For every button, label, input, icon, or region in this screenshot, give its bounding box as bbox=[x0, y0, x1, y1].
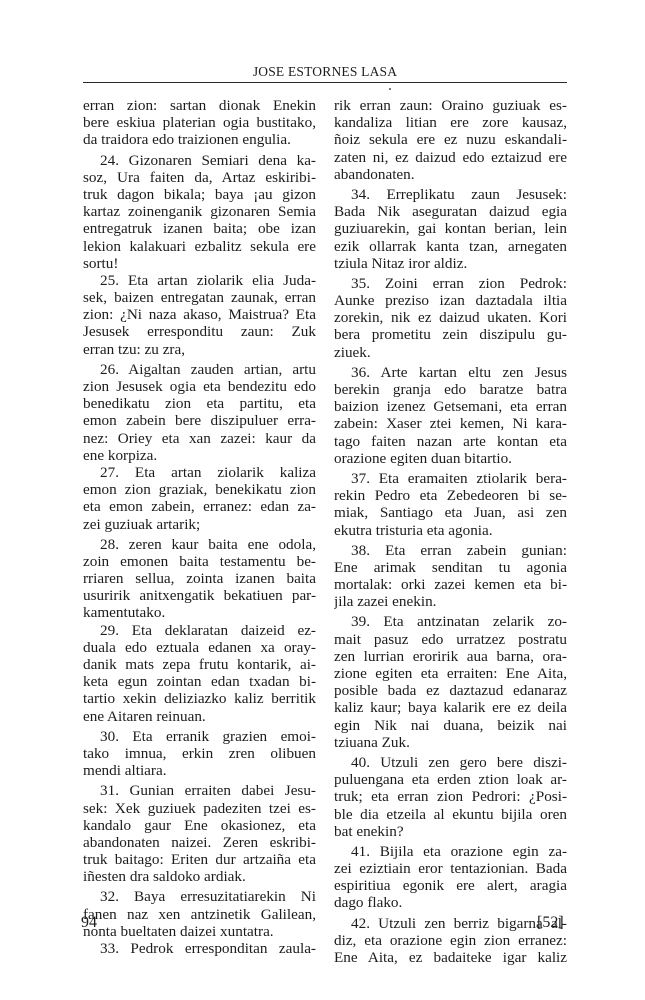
text-line: mendi altiara. bbox=[83, 762, 316, 779]
text-line: zion Jesusek ogia eta bendezitu edo bbox=[83, 378, 316, 395]
text-line: kaliz kaur; baya kalarik ere ez deila bbox=[334, 699, 567, 716]
text-line: soz, Ura faiten da, Artaz eskiribi- bbox=[83, 169, 316, 186]
book-page: JOSE ESTORNES LASA erran zion: sartan di… bbox=[0, 0, 645, 1000]
text-line: truk baitago: Eriten dur artzaiña eta bbox=[83, 851, 316, 868]
text-line: sek, baizen entregatan zaunak, erran bbox=[83, 289, 316, 306]
text-line: ene Aitaren reinuan. bbox=[83, 708, 316, 725]
text-line: 24. Gizonaren Semiari dena ka- bbox=[83, 152, 316, 169]
text-line: 26. Aigaltan zauden artian, artu bbox=[83, 361, 316, 378]
text-line: zen lurrian eroririk aua barna, ora- bbox=[334, 648, 567, 665]
text-line: abandonaten. bbox=[334, 166, 567, 183]
text-line: baizion izenez Getsemani, eta erran bbox=[334, 398, 567, 415]
text-line: egin Nik nai duana, beizik nai bbox=[334, 717, 567, 734]
text-line: zaten ni, ez daizud edo eztaizud ere bbox=[334, 149, 567, 166]
text-line: 25. Eta artan ziolarik elia Juda- bbox=[83, 272, 316, 289]
text-line: ezik ollarrak kanta tzan, arnegaten bbox=[334, 238, 567, 255]
text-line: 39. Eta antzinatan zelarik zo- bbox=[334, 613, 567, 630]
text-line: kartaz zoinenganik gizonaren Semia bbox=[83, 203, 316, 220]
page-number: 94 bbox=[81, 914, 97, 932]
text-line: Bada Nik aseguratan daizud egia bbox=[334, 203, 567, 220]
text-line: keta egun zointan edan txadan bi- bbox=[83, 673, 316, 690]
text-line: sortu! bbox=[83, 255, 316, 272]
text-line: miak, Santiago eta Juan, asi zen bbox=[334, 504, 567, 521]
text-line: 33. Pedrok erresponditan zaula- bbox=[83, 940, 316, 957]
text-line: ble dia etzeila al ekuntu bijila oren bbox=[334, 806, 567, 823]
text-line: fanen naz xen antzinetik Galilean, bbox=[83, 906, 316, 923]
text-line: rik erran zaun: Oraino guziuak es- bbox=[334, 97, 567, 114]
text-line: tziula Nitaz iror aldiz. bbox=[334, 255, 567, 272]
running-head-title: JOSE ESTORNES LASA bbox=[83, 64, 567, 80]
text-line: zei guziuak artarik; bbox=[83, 516, 316, 533]
text-line: tako imnua, erkin zren olibuen bbox=[83, 745, 316, 762]
text-line: tartio xekin deliziazko kaliz berritik bbox=[83, 690, 316, 707]
text-line: 37. Eta eramaiten ztiolarik bera- bbox=[334, 470, 567, 487]
text-line: iñesten dra saldoko ardiak. bbox=[83, 868, 316, 885]
text-line: eta emon zabein, erranez: edan za- bbox=[83, 498, 316, 515]
text-line: bere eskiua platerian ogia bustitako, bbox=[83, 114, 316, 131]
text-line: zei eziztiain eror tentazionian. Bada bbox=[334, 860, 567, 877]
text-line: kandaliza litian ere zore kausaz, bbox=[334, 114, 567, 131]
text-line: 28. zeren kaur baita ene odola, bbox=[83, 536, 316, 553]
text-line: kamentutako. bbox=[83, 604, 316, 621]
text-line: emon zabein bere diszipuluer erra- bbox=[83, 412, 316, 429]
text-line: rriaren sellua, zointa izanen baita bbox=[83, 570, 316, 587]
text-line: 42. Utzuli zen berriz bigarna al- bbox=[334, 915, 567, 932]
text-line: 32. Baya erresuzitatiarekin Ni bbox=[83, 888, 316, 905]
right-text-column: rik erran zaun: Oraino guziuak es-kandal… bbox=[334, 97, 567, 966]
text-line: zion: ¿Ni naza akaso, Maistrua? Eta bbox=[83, 306, 316, 323]
text-line: bat enekin? bbox=[334, 823, 567, 840]
text-line: kandalo gaur Ene okasionez, eta bbox=[83, 817, 316, 834]
text-line: guziuarekin, gai kontan berian, lein bbox=[334, 220, 567, 237]
text-line: 36. Arte kartan eltu zen Jesus bbox=[334, 364, 567, 381]
text-line: ñoiz sekula ere ez nuzu eskandali- bbox=[334, 131, 567, 148]
text-line: zorekin, nik ez daizud ukaten. Kori bbox=[334, 309, 567, 326]
text-line: tago faiten nazan arte kontan eta bbox=[334, 433, 567, 450]
text-line: ekutra tristuria eta agonia. bbox=[334, 522, 567, 539]
text-line: 30. Eta erranik grazien emoi- bbox=[83, 728, 316, 745]
text-line: sek: Xek guziuek padeziten tzei es- bbox=[83, 800, 316, 817]
text-line: berekin granja edo baratze batra bbox=[334, 381, 567, 398]
text-line: erran zion: sartan dionak Enekin bbox=[83, 97, 316, 114]
header-rule bbox=[83, 82, 567, 83]
text-line: 41. Bijila eta orazione egin za- bbox=[334, 843, 567, 860]
bracket-page-number: [52] bbox=[537, 914, 564, 932]
text-line: posible bada ez daztazud edanaraz bbox=[334, 682, 567, 699]
text-line: nez: Oriey eta xan zazei: kaur da bbox=[83, 430, 316, 447]
text-line: zabein: Xaser ztei kemen, Ni kara- bbox=[334, 415, 567, 432]
text-line: Ene Aita, ez badaiteke igar kaliz bbox=[334, 949, 567, 966]
text-line: 34. Erreplikatu zaun Jesusek: bbox=[334, 186, 567, 203]
left-text-column: erran zion: sartan dionak Enekinbere esk… bbox=[83, 97, 316, 957]
text-line: rekin Pedro eta Zebedeoren bi se- bbox=[334, 487, 567, 504]
text-line: abandonaten naizei. Zeren eskribi- bbox=[83, 834, 316, 851]
text-line: ziuek. bbox=[334, 344, 567, 361]
text-line: truk; eta erran zion Pedrori: ¿Posi- bbox=[334, 788, 567, 805]
text-line: entregatruk izanen baita; obe izan bbox=[83, 220, 316, 237]
text-line: mortalak: orki zazei kemen eta bi- bbox=[334, 576, 567, 593]
text-line: nonta bueltaten daizei xuntatra. bbox=[83, 923, 316, 940]
text-line: truk dagon bikala; baya ¡au gizon bbox=[83, 186, 316, 203]
text-line: danik mats zepa frutu kontarik, ai- bbox=[83, 656, 316, 673]
text-line: 31. Gunian erraiten dabei Jesu- bbox=[83, 782, 316, 799]
text-line: Aunke preziso izan daztadala iltia bbox=[334, 292, 567, 309]
text-line: zione egiten eta erraiten: Ene Aita, bbox=[334, 665, 567, 682]
text-line: usuririk anitxengatik bekatiuen par- bbox=[83, 587, 316, 604]
text-line: Ene arimak senditan tu agonia bbox=[334, 559, 567, 576]
text-line: dago flako. bbox=[334, 894, 567, 911]
print-speck bbox=[389, 88, 391, 90]
text-line: ene korpiza. bbox=[83, 447, 316, 464]
text-line: 38. Eta erran zabein gunian: bbox=[334, 542, 567, 559]
text-line: lekion kalakuari ezbalitz sekula ere bbox=[83, 238, 316, 255]
text-line: zoin emonen baita testamentu be- bbox=[83, 553, 316, 570]
text-line: puluengana eta erden ztion loak ar- bbox=[334, 771, 567, 788]
text-line: emon zion graziak, benekikatu zion bbox=[83, 481, 316, 498]
text-line: espiritiua egonik ere alert, aragia bbox=[334, 877, 567, 894]
text-line: duala edo eztuala edanen xa oray- bbox=[83, 639, 316, 656]
text-line: diz, eta orazione egin zion erranez: bbox=[334, 932, 567, 949]
text-line: mait pasuz edo urratzez postratu bbox=[334, 631, 567, 648]
text-line: 40. Utzuli zen gero bere diszi- bbox=[334, 754, 567, 771]
text-line: erran tzu: zu zra, bbox=[83, 341, 316, 358]
text-line: bera prometitu zein diszipulu gu- bbox=[334, 326, 567, 343]
text-line: 35. Zoini erran zion Pedrok: bbox=[334, 275, 567, 292]
text-line: da traidora edo traizionen engulia. bbox=[83, 131, 316, 148]
text-line: 27. Eta artan ziolarik kaliza bbox=[83, 464, 316, 481]
text-line: jila zazei enekin. bbox=[334, 593, 567, 610]
text-line: tziuana Zuk. bbox=[334, 734, 567, 751]
text-line: Jesusek erresponditu zaun: Zuk bbox=[83, 323, 316, 340]
text-line: orazione egiten duan bitartio. bbox=[334, 450, 567, 467]
text-line: 29. Eta deklaratan daizeid ez- bbox=[83, 622, 316, 639]
text-line: benedikatu zion eta partitu, eta bbox=[83, 395, 316, 412]
